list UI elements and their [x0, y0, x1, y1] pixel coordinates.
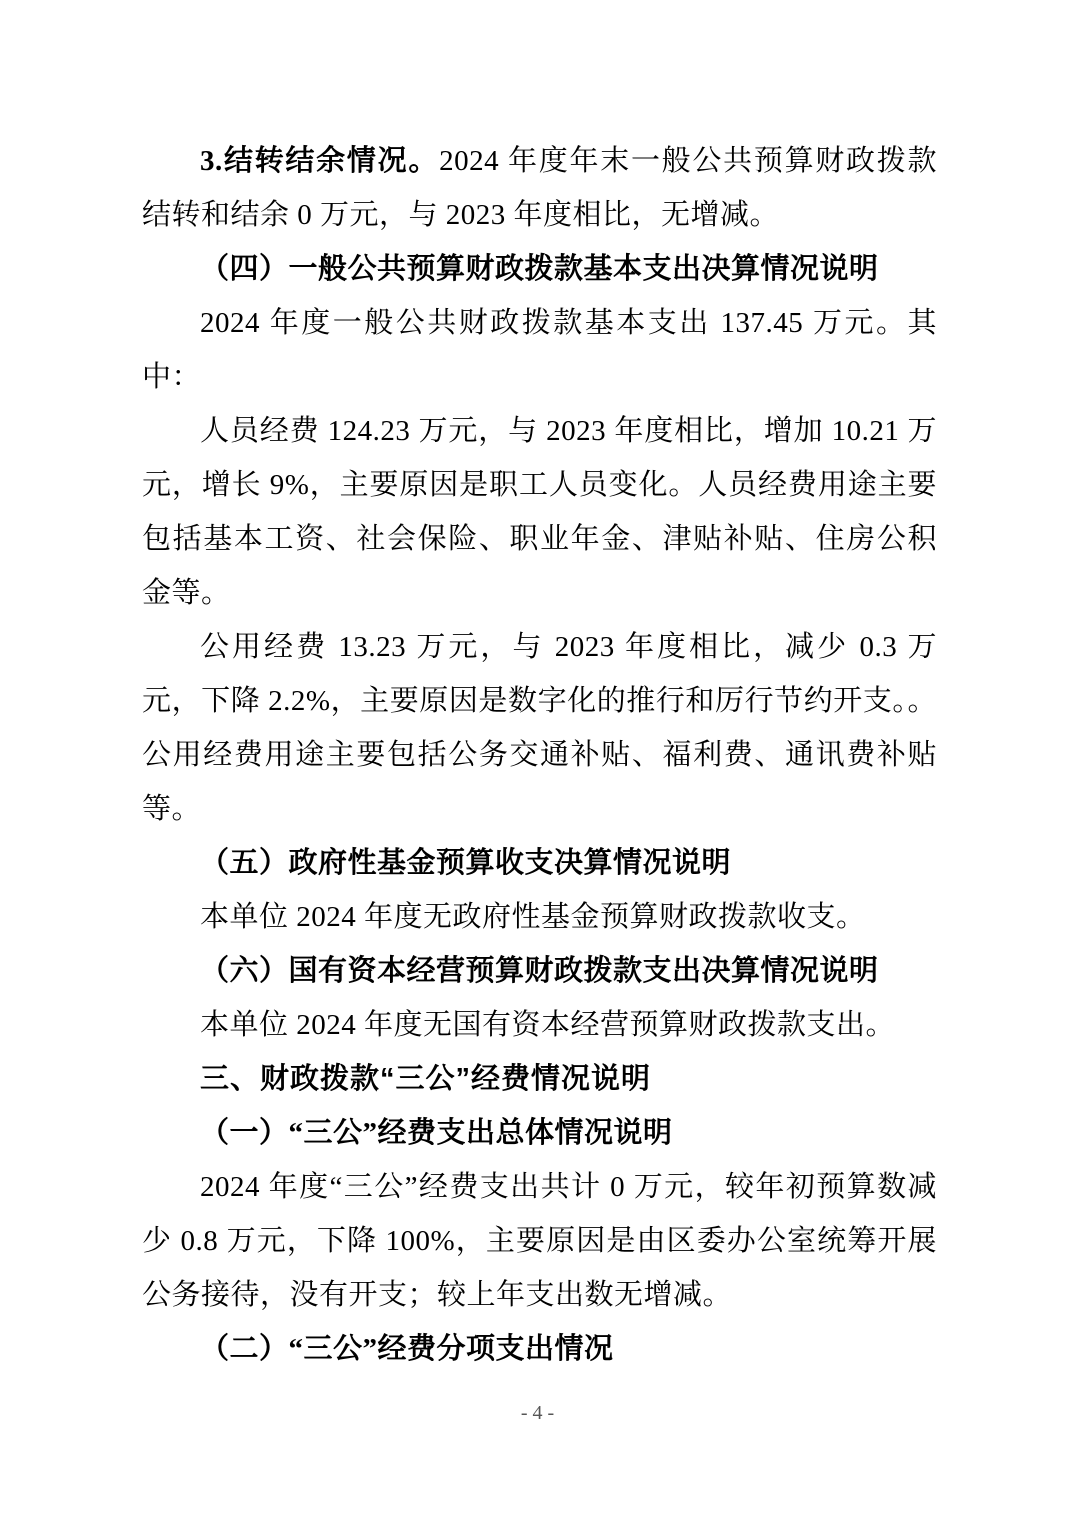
section-heading: （六）国有资本经营预算财政拨款支出决算情况说明: [142, 944, 937, 998]
section-heading: （二）“三公”经费分项支出情况: [142, 1322, 937, 1376]
document-body: 3.结转结余情况。2024 年度年末一般公共预算财政拨款结转和结余 0 万元，与…: [142, 134, 937, 1376]
paragraph: 本单位 2024 年度无国有资本经营预算财政拨款支出。: [142, 998, 937, 1052]
section-heading: （四）一般公共预算财政拨款基本支出决算情况说明: [142, 242, 937, 296]
section-heading: （五）政府性基金预算收支决算情况说明: [142, 836, 937, 890]
section-heading: （一）“三公”经费支出总体情况说明: [142, 1106, 937, 1160]
paragraph: 公用经费 13.23 万元，与 2023 年度相比，减少 0.3 万元，下降 2…: [142, 620, 937, 836]
page-number: - 4 -: [0, 1402, 1075, 1425]
paragraph: 人员经费 124.23 万元，与 2023 年度相比，增加 10.21 万元，增…: [142, 404, 937, 620]
paragraph: 3.结转结余情况。2024 年度年末一般公共预算财政拨款结转和结余 0 万元，与…: [142, 134, 937, 242]
document-page: 3.结转结余情况。2024 年度年末一般公共预算财政拨款结转和结余 0 万元，与…: [0, 0, 1075, 1520]
section-heading: 三、财政拨款“三公”经费情况说明: [142, 1052, 937, 1106]
paragraph-bold-lead: 3.结转结余情况。: [200, 145, 439, 177]
paragraph: 本单位 2024 年度无政府性基金预算财政拨款收支。: [142, 890, 937, 944]
paragraph: 2024 年度“三公”经费支出共计 0 万元，较年初预算数减少 0.8 万元，下…: [142, 1160, 937, 1322]
paragraph: 2024 年度一般公共财政拨款基本支出 137.45 万元。其中：: [142, 296, 937, 404]
